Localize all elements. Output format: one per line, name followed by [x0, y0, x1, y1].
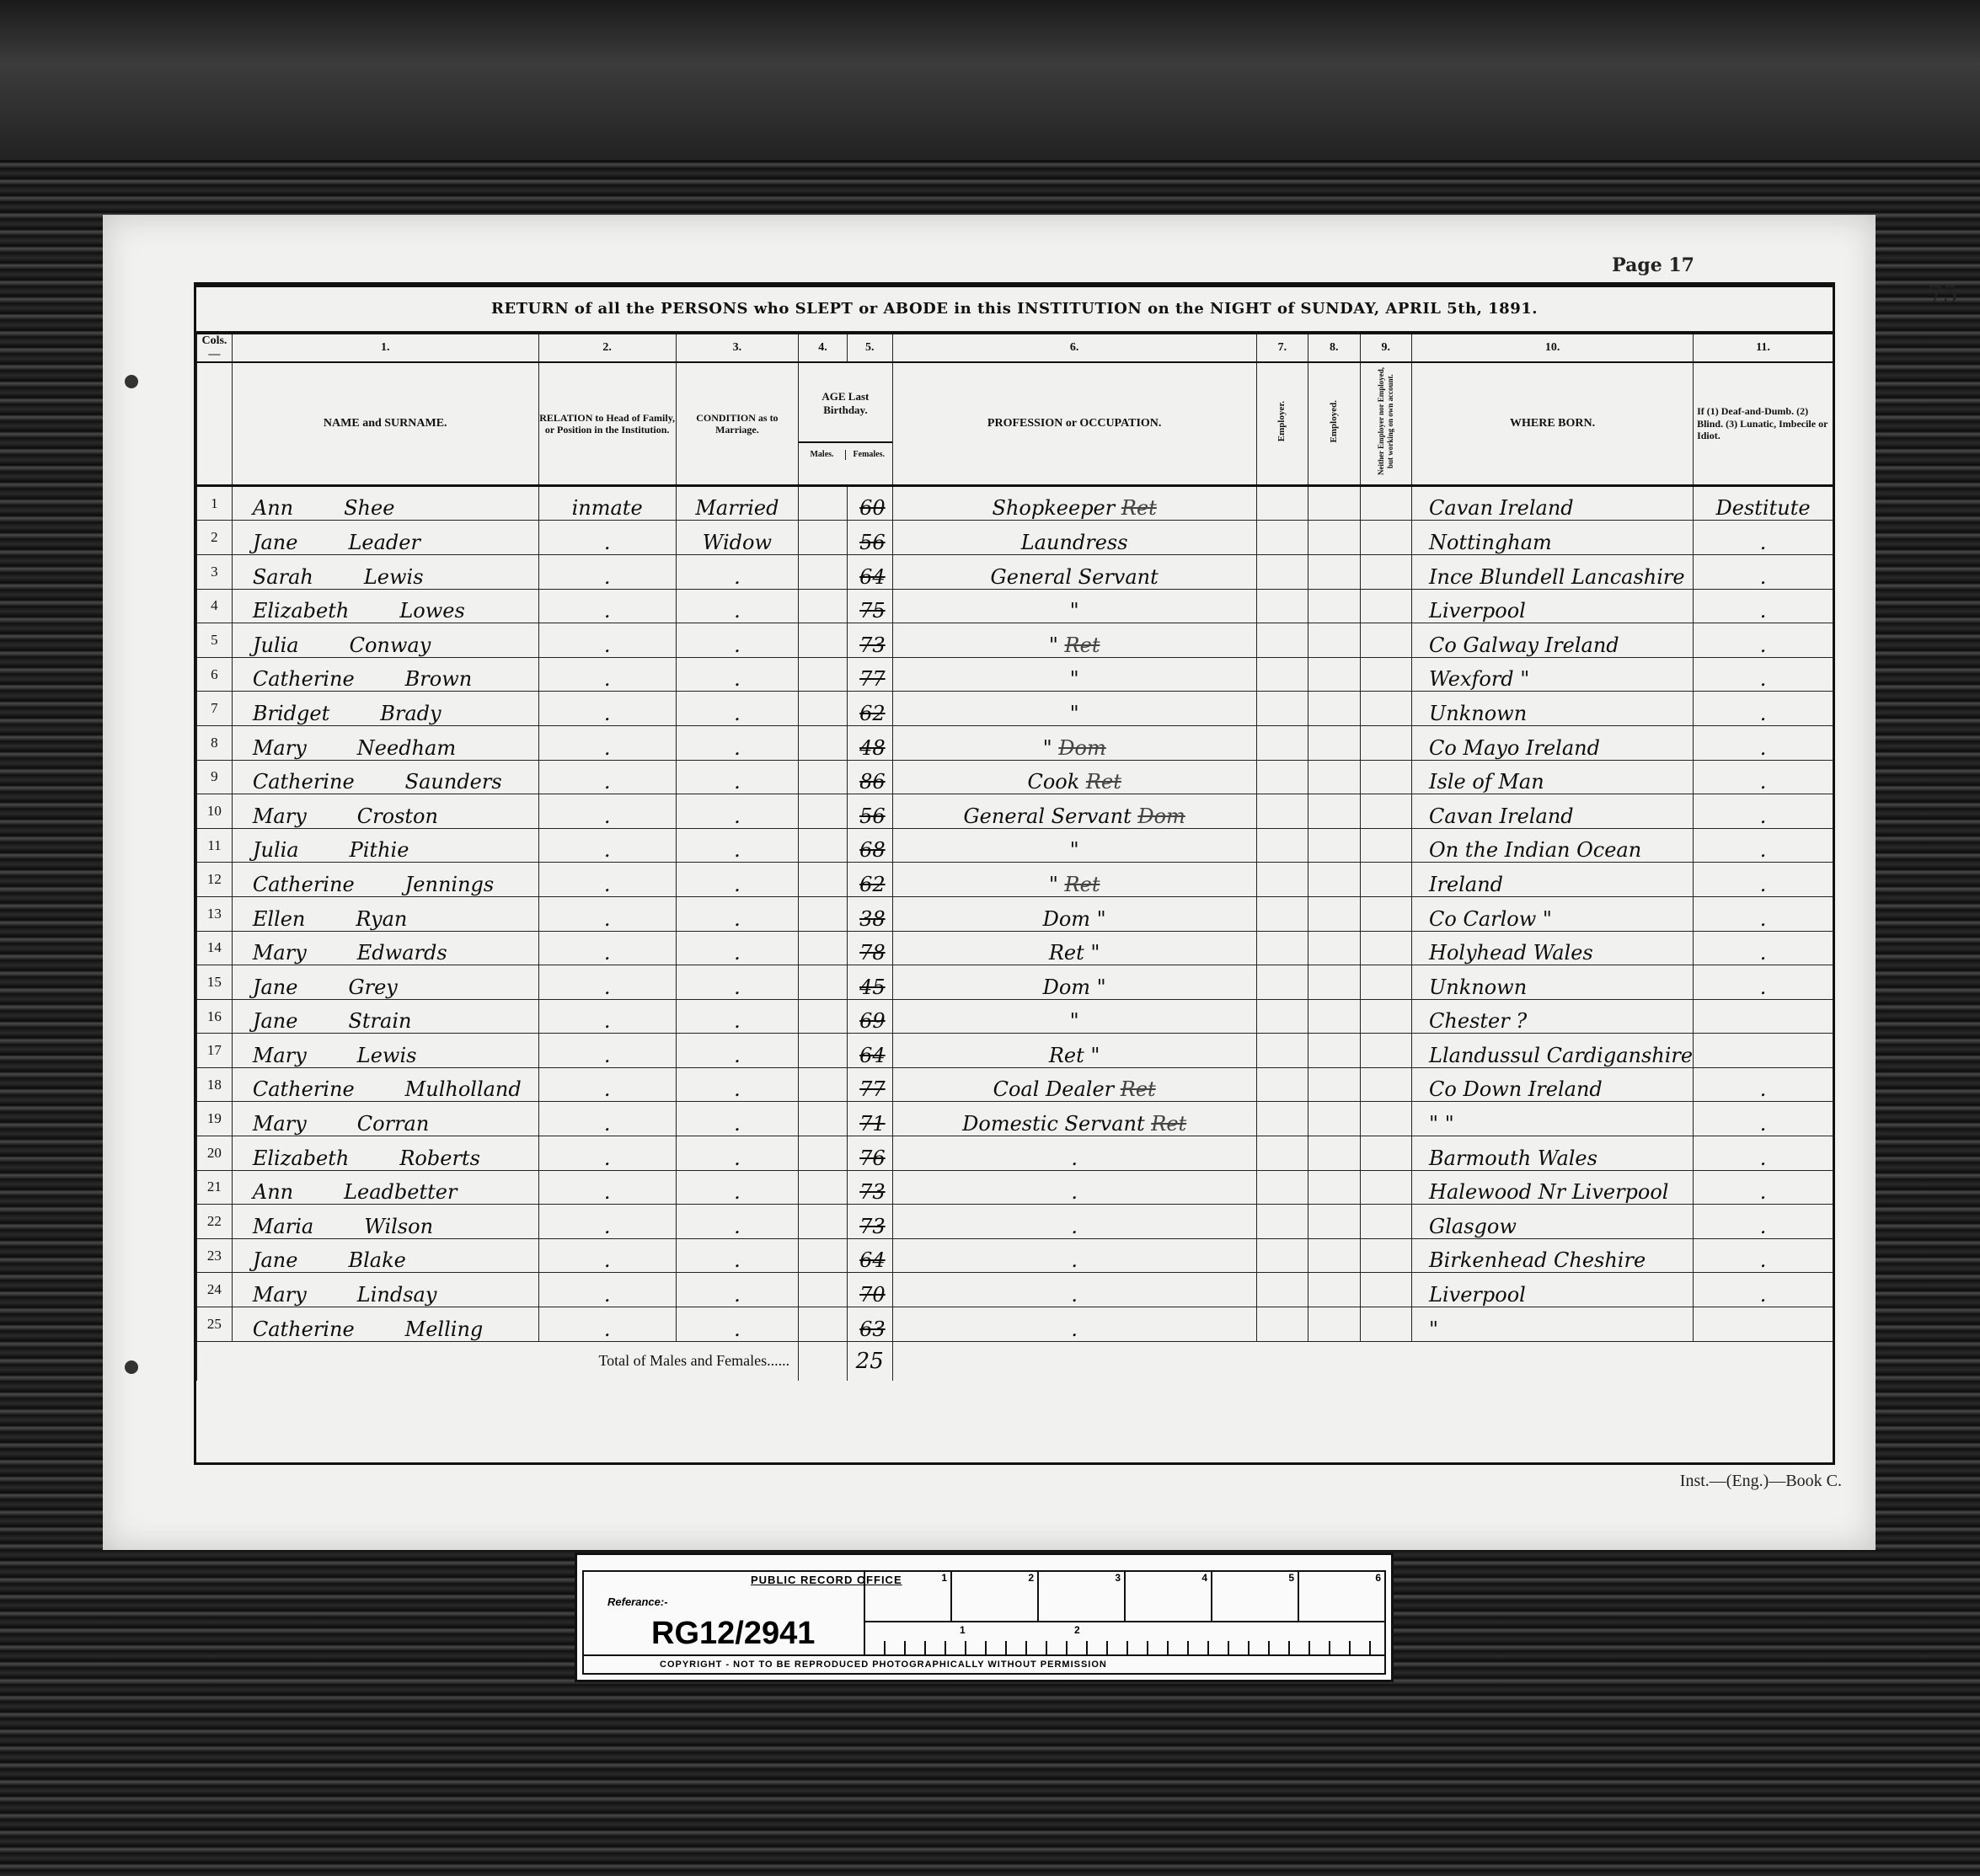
relation: . — [538, 794, 676, 829]
female-age: 77 — [847, 657, 892, 692]
ruler-mark: 1 — [960, 1624, 966, 1636]
surname: Roberts — [399, 1146, 480, 1170]
employer — [1256, 589, 1308, 623]
row-number: 18 — [197, 1067, 233, 1102]
first-name: Catherine — [253, 770, 355, 794]
census-row: 12CatherineJennings..62" RetIreland. — [197, 863, 1833, 897]
own-account — [1360, 725, 1412, 760]
female-age: 77 — [847, 1067, 892, 1102]
occupation: . — [892, 1273, 1256, 1307]
row-number: 4 — [197, 589, 233, 623]
male-age — [799, 828, 848, 863]
first-name: Ann — [253, 496, 293, 520]
first-name: Ellen — [253, 907, 306, 931]
census-row: 3SarahLewis..64General Servant Ince Blun… — [197, 554, 1833, 589]
surname: Corran — [357, 1112, 430, 1136]
cols-label: Cols.— — [197, 334, 233, 362]
col-number: 8. — [1308, 334, 1360, 362]
female-age: 56 — [847, 794, 892, 829]
header-occupation: PROFESSION or OCCUPATION. — [892, 362, 1256, 485]
infirmity: . — [1694, 725, 1833, 760]
own-account — [1360, 760, 1412, 794]
occupation: Ret " — [892, 931, 1256, 965]
where-born: Holyhead Wales — [1412, 931, 1694, 965]
female-age: 64 — [847, 1034, 892, 1068]
relation: . — [538, 931, 676, 965]
col-number: 2. — [538, 334, 676, 362]
occupation-text: " — [1043, 736, 1052, 760]
relation: . — [538, 692, 676, 726]
census-row: 10MaryCroston..56General Servant DomCava… — [197, 794, 1833, 829]
occupation: Coal Dealer Ret — [892, 1067, 1256, 1102]
female-age: 86 — [847, 760, 892, 794]
surname: Melling — [405, 1317, 484, 1341]
where-born: Llandussul Cardiganshire — [1412, 1034, 1694, 1068]
employed — [1308, 1102, 1360, 1136]
census-row: 4ElizabethLowes..75" Liverpool. — [197, 589, 1833, 623]
relation: . — [538, 725, 676, 760]
male-age — [799, 589, 848, 623]
employed — [1308, 1136, 1360, 1171]
occupation: " — [892, 999, 1256, 1034]
occupation: . — [892, 1205, 1256, 1239]
header-relation: RELATION to Head of Family, or Position … — [538, 362, 676, 485]
female-age: 64 — [847, 1238, 892, 1273]
header-neither: Neither Employer nor Employed, but worki… — [1360, 362, 1412, 485]
where-born: Co Carlow " — [1412, 896, 1694, 931]
condition: . — [676, 1307, 798, 1342]
infirmity: . — [1694, 1102, 1833, 1136]
header-infirmity: If (1) Deaf-and-Dumb. (2) Blind. (3) Lun… — [1694, 362, 1833, 485]
female-age: 68 — [847, 828, 892, 863]
relation: . — [538, 1034, 676, 1068]
header-employer: Employer. — [1256, 362, 1308, 485]
surname: Lewis — [364, 565, 424, 589]
male-age — [799, 965, 848, 1000]
where-born: Cavan Ireland — [1412, 794, 1694, 829]
census-row: 18CatherineMulholland..77Coal Dealer Ret… — [197, 1067, 1833, 1102]
census-row: 1AnnSheeinmateMarried60Shopkeeper RetCav… — [197, 485, 1833, 521]
header-females: Females. — [845, 450, 892, 460]
employed — [1308, 692, 1360, 726]
census-table: Cols.— 1. 2. 3. 4. 5. 6. 7. 8. 9. 10. 11… — [196, 334, 1833, 1381]
occupation: " — [892, 657, 1256, 692]
male-age — [799, 725, 848, 760]
female-age: 75 — [847, 589, 892, 623]
condition: . — [676, 896, 798, 931]
own-account — [1360, 863, 1412, 897]
occupation: Laundress — [892, 521, 1256, 555]
relation: . — [538, 1307, 676, 1342]
surname: Strain — [348, 1009, 411, 1033]
ruler-mark: 2 — [952, 1572, 1039, 1621]
male-age — [799, 794, 848, 829]
return-form: RETURN of all the PERSONS who SLEPT or A… — [194, 282, 1835, 1465]
employer — [1256, 794, 1308, 829]
row-number: 2 — [197, 521, 233, 555]
person-name: SarahLewis — [232, 554, 538, 589]
male-age — [799, 1067, 848, 1102]
employed — [1308, 760, 1360, 794]
occupation-text: . — [1071, 1283, 1078, 1307]
infirmity: . — [1694, 657, 1833, 692]
female-age: 38 — [847, 896, 892, 931]
col-number: 3. — [676, 334, 798, 362]
reference-number: RG12/2941 — [651, 1616, 815, 1652]
occupation-note: Dom — [1137, 804, 1185, 828]
occupation-text: " — [1070, 838, 1079, 862]
first-name: Mary — [253, 1283, 307, 1307]
own-account — [1360, 1170, 1412, 1205]
totals-blank — [892, 1341, 1833, 1381]
own-account — [1360, 623, 1412, 658]
surname: Croston — [357, 804, 438, 828]
col-number: 11. — [1694, 334, 1833, 362]
census-row: 2JaneLeader.Widow56Laundress Nottingham. — [197, 521, 1833, 555]
row-number: 5 — [197, 623, 233, 658]
totals-label: Total of Males and Females...... — [197, 1341, 799, 1381]
condition: . — [676, 554, 798, 589]
occupation-note: Ret — [1065, 633, 1100, 657]
where-born: Co Down Ireland — [1412, 1067, 1694, 1102]
employer — [1256, 1273, 1308, 1307]
infirmity: . — [1694, 1238, 1833, 1273]
totals-row: Total of Males and Females...... 25 — [197, 1341, 1833, 1381]
female-age: 62 — [847, 863, 892, 897]
own-account — [1360, 1067, 1412, 1102]
row-number: 9 — [197, 760, 233, 794]
infirmity: . — [1694, 589, 1833, 623]
person-name: JaneStrain — [232, 999, 538, 1034]
male-age — [799, 931, 848, 965]
male-age — [799, 1136, 848, 1171]
first-name: Mary — [253, 1044, 307, 1067]
punch-hole-icon — [125, 1360, 138, 1374]
row-number: 24 — [197, 1273, 233, 1307]
where-born: Isle of Man — [1412, 760, 1694, 794]
relation: . — [538, 1205, 676, 1239]
header-name: NAME and SURNAME. — [232, 362, 538, 485]
occupation-text: " — [1070, 702, 1079, 725]
relation: . — [538, 589, 676, 623]
person-name: ElizabethRoberts — [232, 1136, 538, 1171]
surname: Lindsay — [357, 1283, 437, 1307]
col-number: 9. — [1360, 334, 1412, 362]
first-name: Mary — [253, 1112, 307, 1136]
occupation-text: General Servant — [991, 565, 1159, 589]
occupation-text: Domestic Servant — [962, 1112, 1144, 1136]
census-row: 9CatherineSaunders..86Cook RetIsle of Ma… — [197, 760, 1833, 794]
employer — [1256, 623, 1308, 658]
male-age — [799, 1307, 848, 1342]
relation: . — [538, 554, 676, 589]
female-age: 62 — [847, 692, 892, 726]
col-number: 6. — [892, 334, 1256, 362]
person-name: CatherineBrown — [232, 657, 538, 692]
condition: Married — [676, 485, 798, 521]
row-number: 17 — [197, 1034, 233, 1068]
condition: . — [676, 828, 798, 863]
copyright-notice: COPYRIGHT - NOT TO BE REPRODUCED PHOTOGR… — [584, 1654, 1384, 1673]
male-age — [799, 692, 848, 726]
own-account — [1360, 1307, 1412, 1342]
col-number: 5. — [847, 334, 892, 362]
occupation-note: Ret — [1121, 1077, 1156, 1101]
census-row: 17MaryLewis..64Ret " Llandussul Cardigan… — [197, 1034, 1833, 1068]
surname: Pithie — [350, 838, 409, 862]
employed — [1308, 485, 1360, 521]
census-row: 15JaneGrey..45Dom " Unknown. — [197, 965, 1833, 1000]
occupation: . — [892, 1307, 1256, 1342]
ruler-mark: 2 — [1074, 1624, 1080, 1636]
census-row: 25CatherineMelling..63. " — [197, 1307, 1833, 1342]
surname: Edwards — [357, 941, 447, 965]
employer — [1256, 485, 1308, 521]
male-age — [799, 657, 848, 692]
infirmity — [1694, 999, 1833, 1034]
own-account — [1360, 554, 1412, 589]
own-account — [1360, 1238, 1412, 1273]
own-account — [1360, 1205, 1412, 1239]
female-age: 73 — [847, 1170, 892, 1205]
first-name: Mary — [253, 941, 307, 965]
female-age: 63 — [847, 1307, 892, 1342]
infirmity: . — [1694, 931, 1833, 965]
employer — [1256, 554, 1308, 589]
occupation-text: . — [1071, 1215, 1078, 1238]
employed — [1308, 965, 1360, 1000]
row-number: 22 — [197, 1205, 233, 1239]
female-age: 69 — [847, 999, 892, 1034]
occupation: " — [892, 828, 1256, 863]
surname: Brown — [405, 667, 473, 691]
relation: . — [538, 999, 676, 1034]
infirmity: . — [1694, 1273, 1833, 1307]
first-name: Mary — [253, 736, 307, 760]
condition: . — [676, 1034, 798, 1068]
census-row: 11JuliaPithie..68" On the Indian Ocean. — [197, 828, 1833, 863]
condition: . — [676, 692, 798, 726]
surname: Mulholland — [405, 1077, 522, 1101]
where-born: Ince Blundell Lancashire — [1412, 554, 1694, 589]
occupation: " Ret — [892, 863, 1256, 897]
infirmity: . — [1694, 1136, 1833, 1171]
where-born: Glasgow — [1412, 1205, 1694, 1239]
row-number: 15 — [197, 965, 233, 1000]
condition: . — [676, 1136, 798, 1171]
surname: Grey — [348, 975, 397, 999]
person-name: JuliaConway — [232, 623, 538, 658]
first-name: Julia — [253, 838, 299, 862]
row-number: 14 — [197, 931, 233, 965]
relation: . — [538, 965, 676, 1000]
where-born: Barmouth Wales — [1412, 1136, 1694, 1171]
relation: . — [538, 1170, 676, 1205]
occupation: General Servant — [892, 554, 1256, 589]
row-number: 21 — [197, 1170, 233, 1205]
where-born: Wexford " — [1412, 657, 1694, 692]
employer — [1256, 1307, 1308, 1342]
occupation: Dom " — [892, 965, 1256, 1000]
person-name: JaneLeader — [232, 521, 538, 555]
employed — [1308, 725, 1360, 760]
row-number: 1 — [197, 485, 233, 521]
employer — [1256, 863, 1308, 897]
totals-females: 25 — [847, 1341, 892, 1381]
infirmity — [1694, 1034, 1833, 1068]
row-number: 20 — [197, 1136, 233, 1171]
first-name: Sarah — [253, 565, 313, 589]
male-age — [799, 1273, 848, 1307]
first-name: Maria — [253, 1215, 313, 1238]
header-condition: CONDITION as to Marriage. — [676, 362, 798, 485]
row-number: 12 — [197, 863, 233, 897]
employer — [1256, 1034, 1308, 1068]
form-title: RETURN of all the PERSONS who SLEPT or A… — [196, 287, 1833, 334]
infirmity: . — [1694, 965, 1833, 1000]
condition: . — [676, 623, 798, 658]
own-account — [1360, 794, 1412, 829]
census-row: 23JaneBlake..64. Birkenhead Cheshire. — [197, 1238, 1833, 1273]
relation: . — [538, 623, 676, 658]
person-name: CatherineJennings — [232, 863, 538, 897]
male-age — [799, 760, 848, 794]
where-born: Halewood Nr Liverpool — [1412, 1170, 1694, 1205]
where-born: Co Mayo Ireland — [1412, 725, 1694, 760]
person-name: MaryEdwards — [232, 931, 538, 965]
occupation-text: . — [1071, 1146, 1078, 1170]
condition: . — [676, 1067, 798, 1102]
employed — [1308, 863, 1360, 897]
row-number: 7 — [197, 692, 233, 726]
employer — [1256, 828, 1308, 863]
relation: . — [538, 1136, 676, 1171]
punch-hole-icon — [125, 375, 138, 388]
female-age: 76 — [847, 1136, 892, 1171]
own-account — [1360, 896, 1412, 931]
infirmity: . — [1694, 623, 1833, 658]
where-born: Cavan Ireland — [1412, 485, 1694, 521]
occupation-text: Dom " — [1043, 975, 1106, 999]
col-number: 10. — [1412, 334, 1694, 362]
condition: . — [676, 863, 798, 897]
male-age — [799, 1034, 848, 1068]
relation: . — [538, 760, 676, 794]
where-born: Nottingham — [1412, 521, 1694, 555]
header-employed: Employed. — [1308, 362, 1360, 485]
occupation: . — [892, 1136, 1256, 1171]
person-name: EllenRyan — [232, 896, 538, 931]
occupation-note: Ret — [1086, 770, 1121, 794]
female-age: 71 — [847, 1102, 892, 1136]
employed — [1308, 657, 1360, 692]
surname: Wilson — [364, 1215, 433, 1238]
ruler-mark: 6 — [1299, 1572, 1386, 1621]
where-born: Chester ? — [1412, 999, 1694, 1034]
own-account — [1360, 1034, 1412, 1068]
first-name: Mary — [253, 804, 307, 828]
condition: . — [676, 1102, 798, 1136]
where-born: Birkenhead Cheshire — [1412, 1238, 1694, 1273]
scale-ruler: 1 2 3 4 5 6 1 2 — [864, 1572, 1386, 1654]
row-number: 25 — [197, 1307, 233, 1342]
own-account — [1360, 1136, 1412, 1171]
where-born: Ireland — [1412, 863, 1694, 897]
infirmity: . — [1694, 1067, 1833, 1102]
condition: . — [676, 1238, 798, 1273]
where-born: Unknown — [1412, 692, 1694, 726]
occupation: . — [892, 1170, 1256, 1205]
infirmity: . — [1694, 760, 1833, 794]
own-account — [1360, 999, 1412, 1034]
male-age — [799, 521, 848, 555]
occupation-note: Ret — [1065, 873, 1100, 896]
employed — [1308, 1238, 1360, 1273]
infirmity: . — [1694, 794, 1833, 829]
female-age: 64 — [847, 554, 892, 589]
male-age — [799, 1102, 848, 1136]
surname: Jennings — [405, 873, 495, 896]
first-name: Elizabeth — [253, 1146, 350, 1170]
row-number: 13 — [197, 896, 233, 931]
person-name: MaryCroston — [232, 794, 538, 829]
ruler-mark: 5 — [1212, 1572, 1299, 1621]
occupation-text: . — [1071, 1180, 1078, 1204]
occupation: " Ret — [892, 623, 1256, 658]
infirmity: . — [1694, 1170, 1833, 1205]
surname: Needham — [357, 736, 456, 760]
occupation: " Dom — [892, 725, 1256, 760]
relation: . — [538, 1273, 676, 1307]
occupation-note: Ret — [1121, 496, 1157, 520]
occupation: " — [892, 589, 1256, 623]
surname: Saunders — [405, 770, 502, 794]
occupation-text: " — [1070, 599, 1079, 623]
employer — [1256, 999, 1308, 1034]
employer — [1256, 521, 1308, 555]
occupation-text: " — [1070, 1009, 1079, 1033]
person-name: AnnLeadbetter — [232, 1170, 538, 1205]
employed — [1308, 1205, 1360, 1239]
person-name: MaryNeedham — [232, 725, 538, 760]
relation: . — [538, 828, 676, 863]
census-row: 6CatherineBrown..77" Wexford ". — [197, 657, 1833, 692]
relation: inmate — [538, 485, 676, 521]
occupation: Cook Ret — [892, 760, 1256, 794]
infirmity: . — [1694, 554, 1833, 589]
row-number: 3 — [197, 554, 233, 589]
person-name: CatherineSaunders — [232, 760, 538, 794]
occupation: Ret " — [892, 1034, 1256, 1068]
infirmity: Destitute — [1694, 485, 1833, 521]
person-name: JuliaPithie — [232, 828, 538, 863]
female-age: 73 — [847, 1205, 892, 1239]
header-where-born: WHERE BORN. — [1412, 362, 1694, 485]
person-name: MariaWilson — [232, 1205, 538, 1239]
relation: . — [538, 1102, 676, 1136]
person-name: CatherineMulholland — [232, 1067, 538, 1102]
relation: . — [538, 896, 676, 931]
employer — [1256, 965, 1308, 1000]
occupation-text: Shopkeeper — [993, 496, 1116, 520]
own-account — [1360, 692, 1412, 726]
own-account — [1360, 521, 1412, 555]
first-name: Catherine — [253, 1317, 355, 1341]
employed — [1308, 1067, 1360, 1102]
male-age — [799, 999, 848, 1034]
infirmity: . — [1694, 1205, 1833, 1239]
employer — [1256, 1102, 1308, 1136]
